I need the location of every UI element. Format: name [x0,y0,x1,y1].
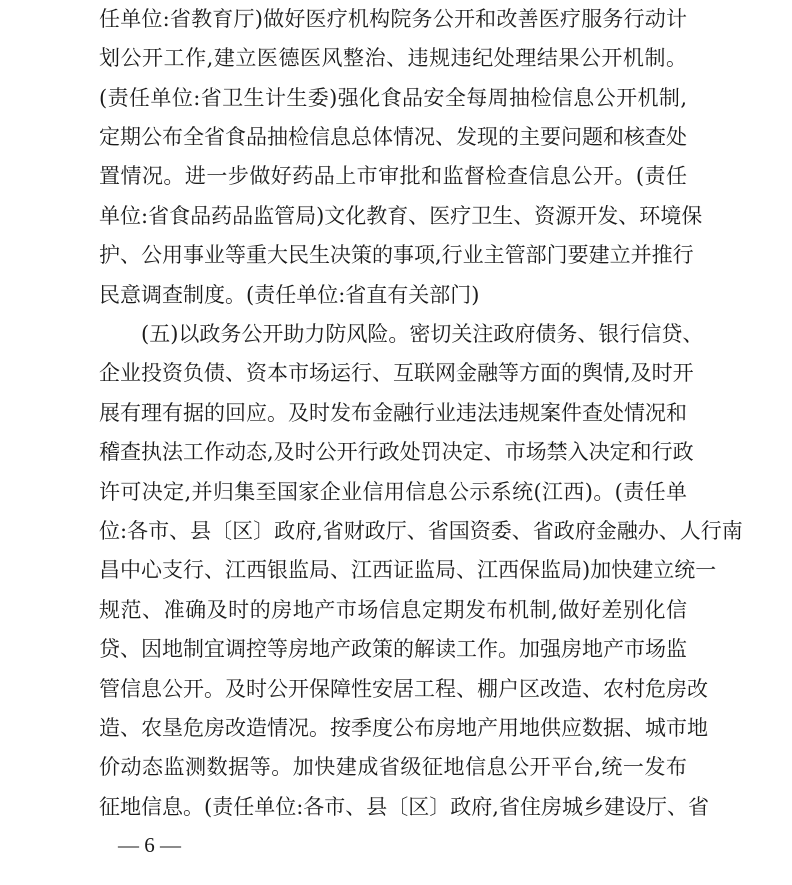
text-line: 规范、准确及时的房地产市场信息定期发布机制,做好差别化信 [99,595,687,625]
text-line: 管信息公开。及时公开保障性安居工程、棚户区改造、农村危房改 [99,674,687,704]
text-line: 贷、因地制宜调控等房地产政策的解读工作。加强房地产市场监 [99,634,687,664]
document-page: 任单位:省教育厅)做好医疗机构院务公开和改善医疗服务行动计 划公开工作,建立医德… [0,0,792,885]
text-line: 征地信息。(责任单位:各市、县〔区〕政府,省住房城乡建设厅、省 [99,792,687,822]
text-line: 护、公用事业等重大民生决策的事项,行业主管部门要建立并推行 [99,240,687,270]
text-line: 造、农垦危房改造情况。按季度公布房地产用地供应数据、城市地 [99,713,687,743]
text-line: 定期公布全省食品抽检信息总体情况、发现的主要问题和核查处 [99,122,687,152]
text-line: 昌中心支行、江西银监局、江西证监局、江西保监局)加快建立统一 [99,555,687,585]
text-line: 位:各市、县〔区〕政府,省财政厅、省国资委、省政府金融办、人行南 [99,516,687,546]
text-line: 单位:省食品药品监管局)文化教育、医疗卫生、资源开发、环境保 [99,201,687,231]
text-line: 许可决定,并归集至国家企业信用信息公示系统(江西)。(责任单 [99,477,687,507]
text-line: 价动态监测数据等。加快建成省级征地信息公开平台,统一发布 [99,752,687,782]
text-line: (责任单位:省卫生计生委)强化食品安全每周抽检信息公开机制, [99,83,687,113]
text-line: 展有理有据的回应。及时发布金融行业违法违规案件查处情况和 [99,398,687,428]
text-line: 置情况。进一步做好药品上市审批和监督检查信息公开。(责任 [99,161,687,191]
text-line: 民意调查制度。(责任单位:省直有关部门) [99,280,687,310]
text-line: 稽查执法工作动态,及时公开行政处罚决定、市场禁入决定和行政 [99,437,687,467]
text-line: 划公开工作,建立医德医风整治、违规违纪处理结果公开机制。 [99,43,687,73]
section-heading-line: (五)以政务公开助力防风险。密切关注政府债务、银行信贷、 [141,319,687,349]
text-line: 任单位:省教育厅)做好医疗机构院务公开和改善医疗服务行动计 [99,4,687,34]
page-number: — 6 — [118,830,181,860]
text-line: 企业投资负债、资本市场运行、互联网金融等方面的舆情,及时开 [99,358,687,388]
